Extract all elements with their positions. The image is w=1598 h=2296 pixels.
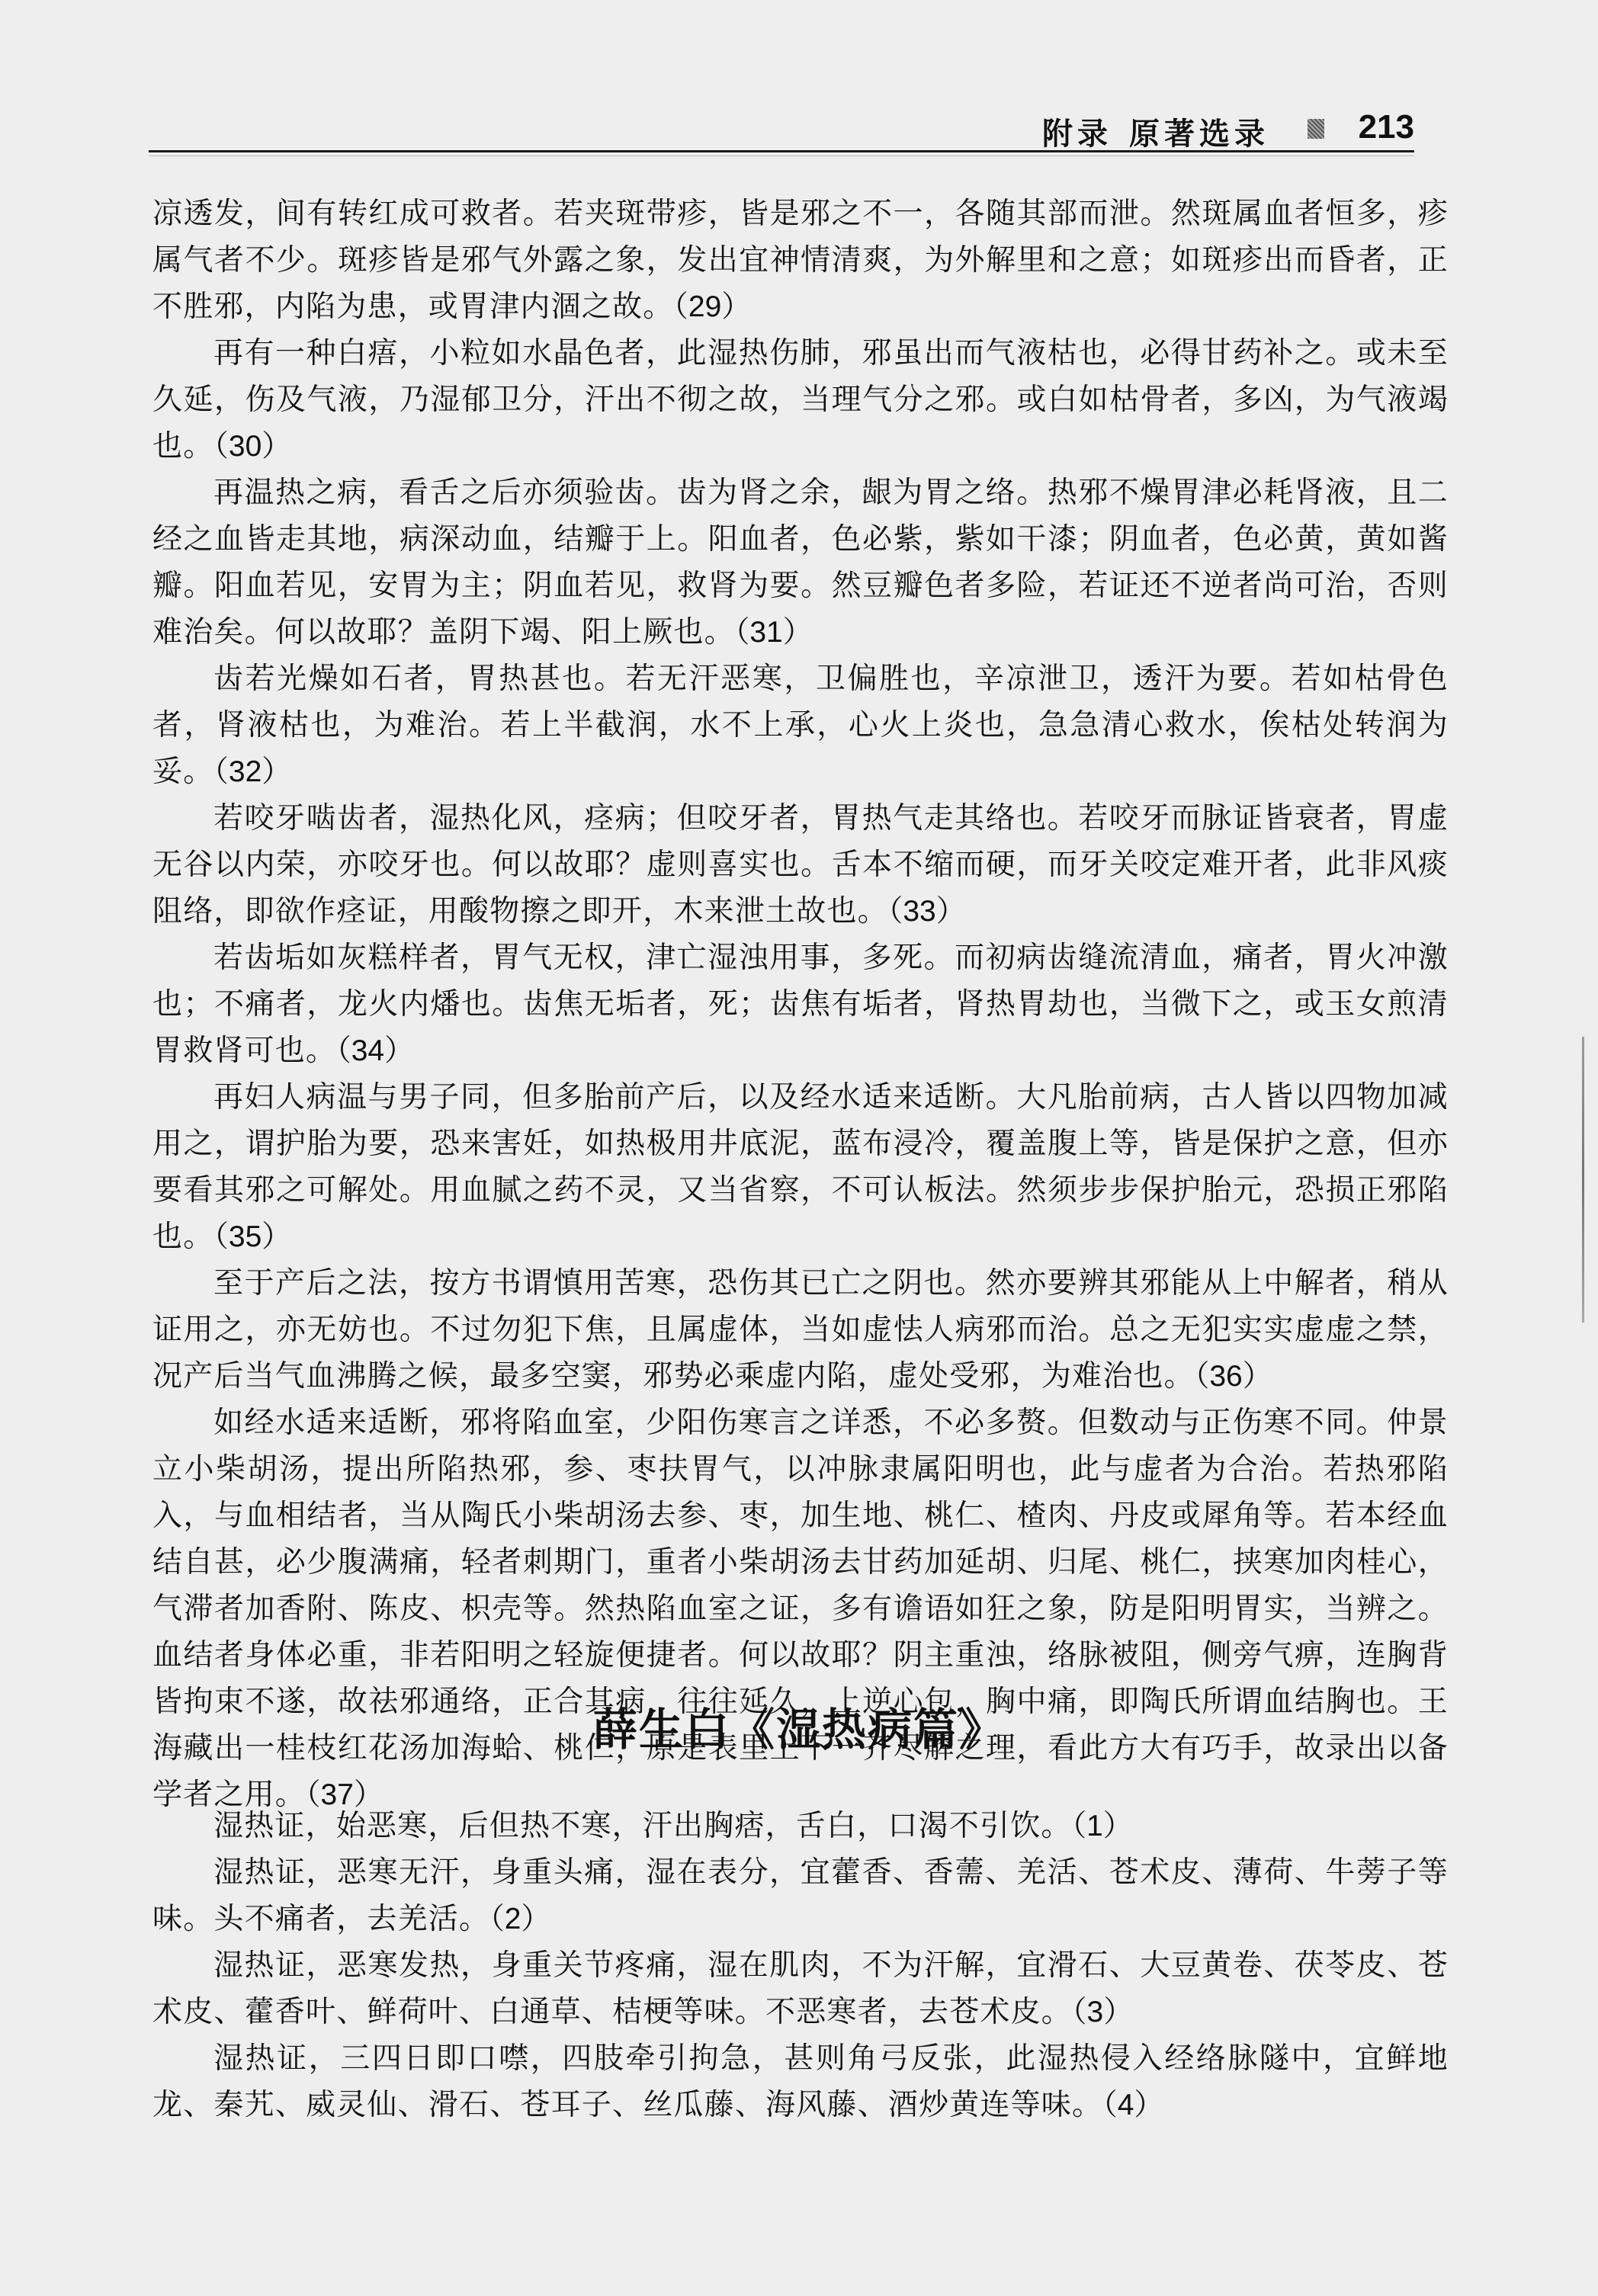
clause-number: （1） — [1072, 1810, 1133, 1842]
header-chapter-label: 原著选录 — [1129, 117, 1269, 152]
clause-number: （32） — [213, 755, 291, 788]
header-appendix-label: 附录 — [1042, 117, 1112, 152]
paragraph-4: 湿热证，三四日即口噤，四肢牵引拘急，甚则角弓反张，此湿热侵入经络脉隧中，宜鲜地龙… — [152, 2035, 1449, 2128]
clause-number: （3） — [1072, 1996, 1133, 2028]
scan-artifact-line — [1582, 1037, 1584, 1323]
paragraph-30: 再有一种白痦，小粒如水晶色者，此湿热伤肺，邪虽出而气液枯也，必得甘药补之。或未至… — [152, 330, 1449, 470]
paragraph-1: 湿热证，始恶寒，后但热不寒，汗出胸痞，舌白，口渴不引饮。（1） — [152, 1803, 1449, 1849]
paragraph-35: 再妇人病温与男子同，但多胎前产后，以及经水适来适断。大凡胎前病，古人皆以四物加减… — [152, 1074, 1449, 1260]
clause-number: （36） — [1195, 1360, 1272, 1393]
paragraph-32: 齿若光燥如石者，胃热甚也。若无汗恶寒，卫偏胜也，辛凉泄卫，透汗为要。若如枯骨色者… — [152, 656, 1449, 795]
clause-number: （34） — [336, 1034, 414, 1067]
clause-number: （31） — [735, 616, 813, 649]
page-number: 213 — [1359, 108, 1414, 146]
paragraph-34: 若齿垢如灰糕样者，胃气无权，津亡湿浊用事，多死。而初病齿缝流清血，痛者，胃火冲激… — [152, 935, 1449, 1074]
body-text-part2: 湿热证，始恶寒，后但热不寒，汗出胸痞，舌白，口渴不引饮。（1） 湿热证，恶寒无汗… — [152, 1803, 1449, 2128]
page-marker-icon — [1308, 119, 1324, 139]
paragraph-36: 至于产后之法，按方书谓慎用苦寒，恐伤其已亡之阴也。然亦要辨其邪能从上中解者，稍从… — [152, 1260, 1449, 1400]
header-section-title: 附录原著选录 — [1042, 110, 1269, 153]
clause-number: （4） — [1102, 2089, 1163, 2121]
clause-number: （35） — [213, 1220, 291, 1253]
running-header: 附录原著选录 213 — [149, 107, 1414, 152]
clause-number: （33） — [888, 895, 966, 928]
section-title: 薛生白《湿热病篇》 — [0, 1694, 1598, 1758]
clause-number: （29） — [673, 290, 751, 323]
body-text-part1: 凉透发，间有转红成可救者。若夹斑带疹，皆是邪之不一，各随其部而泄。然斑属血者恒多… — [152, 191, 1449, 1818]
paragraph-2: 湿热证，恶寒无汗，身重头痛，湿在表分，宜藿香、香薷、羌活、苍术皮、薄荷、牛蒡子等… — [152, 1849, 1449, 1942]
clause-number: （2） — [489, 1903, 550, 1935]
paragraph-31: 再温热之病，看舌之后亦须验齿。齿为肾之余，龈为胃之络。热邪不燥胃津必耗肾液，且二… — [152, 470, 1449, 656]
paragraph-33: 若咬牙啮齿者，湿热化风，痉病；但咬牙者，胃热气走其络也。若咬牙而脉证皆衰者，胃虚… — [152, 795, 1449, 935]
paragraph-3: 湿热证，恶寒发热，身重关节疼痛，湿在肌肉，不为汗解，宜滑石、大豆黄卷、茯苓皮、苍… — [152, 1942, 1449, 2035]
paragraph-29: 凉透发，间有转红成可救者。若夹斑带疹，皆是邪之不一，各随其部而泄。然斑属血者恒多… — [152, 191, 1449, 330]
clause-number: （30） — [213, 430, 291, 463]
